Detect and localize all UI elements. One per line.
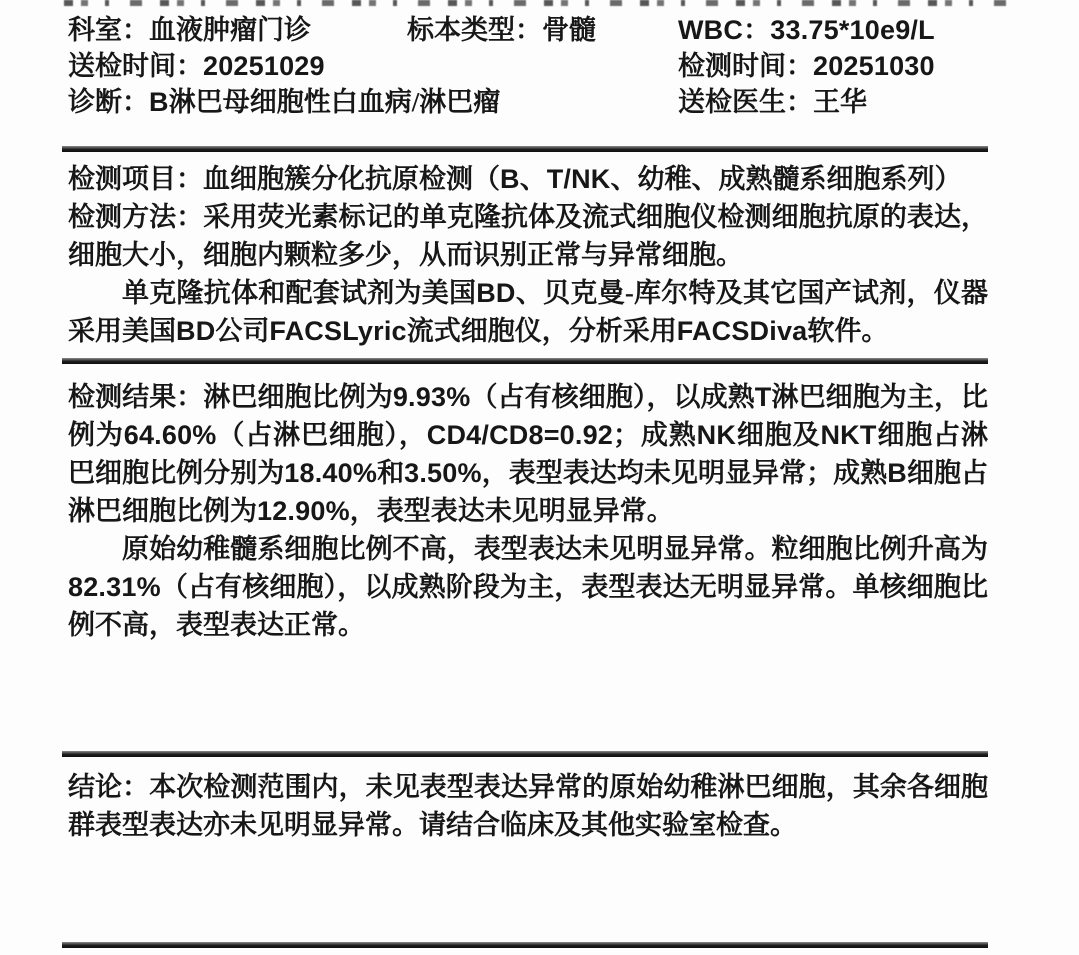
header-row-3: 诊断：B淋巴母细胞性白血病/淋巴瘤 送检医生：王华 [68, 84, 1028, 120]
text-run: 和 [377, 458, 404, 488]
clipped-text-remnant [64, 0, 1010, 6]
test-info-section: 检测项目：血细胞簇分化抗原检测（B、T/NK、幼稚、成熟髓系细胞系列） 检测方法… [68, 160, 988, 350]
emphasis-text: FACSDiva [677, 316, 808, 346]
results-paragraph-lymphocytes: 检测结果：淋巴细胞比例为9.93%（占有核细胞），以成熟T淋巴细胞为主，比例为6… [68, 378, 988, 530]
text-run: 检测结果：淋巴细胞比例为 [68, 382, 393, 412]
header-cell-department: 科室：血液肿瘤门诊 [68, 12, 311, 48]
text-run: 检测方法：采用荧光素标记的单克隆抗体及流式细胞仪检测细胞抗原的表达，细胞大小，细… [68, 202, 988, 270]
emphasis-text: B [887, 458, 907, 488]
emphasis-text: NKT [820, 420, 876, 450]
header-cell-diagnosis: 诊断：B淋巴母细胞性白血病/淋巴瘤 [68, 84, 500, 120]
results-section: 检测结果：淋巴细胞比例为9.93%（占有核细胞），以成熟T淋巴细胞为主，比例为6… [68, 378, 988, 644]
text-run: ，表型表达均未见明显异常；成熟 [482, 458, 888, 488]
text-run: （占有核细胞），以成熟 [470, 382, 754, 412]
emphasis-text: T/NK [547, 164, 611, 194]
text-run: 公司 [215, 316, 269, 346]
emphasis-text: 18.40% [284, 458, 377, 488]
results-paragraph-myeloid: 原始幼稚髓系细胞比例不高，表型表达未见明显异常。粒细胞比例升高为82.31%（占… [68, 530, 988, 644]
test-method-paragraph: 检测方法：采用荧光素标记的单克隆抗体及流式细胞仪检测细胞抗原的表达，细胞大小，细… [68, 198, 988, 274]
header-row-1: 科室：血液肿瘤门诊 标本类型：骨髓 WBC：33.75*10e9/L [68, 12, 1028, 48]
emphasis-text: WBC：33.75*10e9/L [678, 15, 935, 45]
text-run: ，表型表达未见明显异常。 [350, 496, 674, 526]
emphasis-text: FACSLyric [269, 316, 406, 346]
test-items-paragraph: 检测项目：血细胞簇分化抗原检测（B、T/NK、幼稚、成熟髓系细胞系列） [68, 160, 988, 198]
header-cell-send-time: 送检时间：20251029 [68, 48, 325, 84]
section-divider-conclusion [62, 751, 988, 757]
text-run: （占有核细胞），以成熟阶段为主，表型表达无明显异常。单核细胞比例不高，表型表达正… [68, 572, 988, 640]
reagents-paragraph: 单克隆抗体和配套试剂为美国BD、贝克曼-库尔特及其它国产试剂，仪器采用美国BD公… [68, 274, 988, 350]
text-run: 检测时间： [678, 51, 813, 81]
emphasis-text: T [755, 382, 772, 412]
emphasis-text: 64.60% [124, 420, 217, 450]
header-cell-test-time: 检测时间：20251030 [678, 48, 935, 84]
emphasis-text: 20251030 [813, 51, 935, 81]
text-run: 软件。 [807, 316, 888, 346]
emphasis-text: 20251029 [203, 51, 325, 81]
text-run: （占淋巴细胞）， [217, 420, 427, 450]
emphasis-text: 82.31% [68, 572, 161, 602]
text-run: 、 [520, 164, 547, 194]
emphasis-text: BD [176, 316, 215, 346]
emphasis-text: B [149, 87, 169, 117]
text-run: 检测项目：血细胞簇分化抗原检测（ [68, 164, 500, 194]
text-run: 送检医生：王华 [678, 87, 867, 117]
header-cell-doctor: 送检医生：王华 [678, 84, 867, 120]
bottom-divider [62, 942, 988, 948]
emphasis-text: CD4/CD8=0.92 [427, 420, 613, 450]
header-cell-specimen-type: 标本类型：骨髓 [407, 12, 596, 48]
text-run: 诊断： [68, 87, 149, 117]
text-run: 标本类型：骨髓 [407, 15, 596, 45]
text-run: 结论：本次检测范围内，未见表型表达异常的原始幼稚淋巴细胞，其余各细胞群表型表达亦… [68, 772, 988, 840]
emphasis-text: B [500, 164, 520, 194]
emphasis-text: NK [697, 420, 736, 450]
text-run: 科室：血液肿瘤门诊 [68, 15, 311, 45]
text-run: 流式细胞仪，分析采用 [407, 316, 677, 346]
text-run: 淋巴母细胞性白血病/淋巴瘤 [169, 87, 501, 117]
text-run: 细胞及 [736, 420, 820, 450]
lab-report-page: 科室：血液肿瘤门诊 标本类型：骨髓 WBC：33.75*10e9/L 送检时间：… [0, 0, 1079, 955]
text-run: 原始幼稚髓系细胞比例不高，表型表达未见明显异常。粒细胞比例升高为 [122, 534, 988, 564]
emphasis-text: 9.93% [393, 382, 471, 412]
conclusion-section: 结论：本次检测范围内，未见表型表达异常的原始幼稚淋巴细胞，其余各细胞群表型表达亦… [68, 768, 988, 844]
text-run: ；成熟 [613, 420, 697, 450]
section-divider-results [62, 358, 988, 364]
conclusion-paragraph: 结论：本次检测范围内，未见表型表达异常的原始幼稚淋巴细胞，其余各细胞群表型表达亦… [68, 768, 988, 844]
report-header: 科室：血液肿瘤门诊 标本类型：骨髓 WBC：33.75*10e9/L 送检时间：… [68, 12, 1028, 120]
emphasis-text: BD [476, 278, 515, 308]
emphasis-text: 3.50% [404, 458, 482, 488]
text-run: 单克隆抗体和配套试剂为美国 [122, 278, 476, 308]
header-row-2: 送检时间：20251029 检测时间：20251030 [68, 48, 1028, 84]
text-run: 、幼稚、成熟髓系细胞系列） [611, 164, 962, 194]
text-run: 送检时间： [68, 51, 203, 81]
emphasis-text: 12.90% [257, 496, 350, 526]
section-divider-top [62, 146, 988, 152]
header-cell-wbc: WBC：33.75*10e9/L [678, 12, 935, 48]
